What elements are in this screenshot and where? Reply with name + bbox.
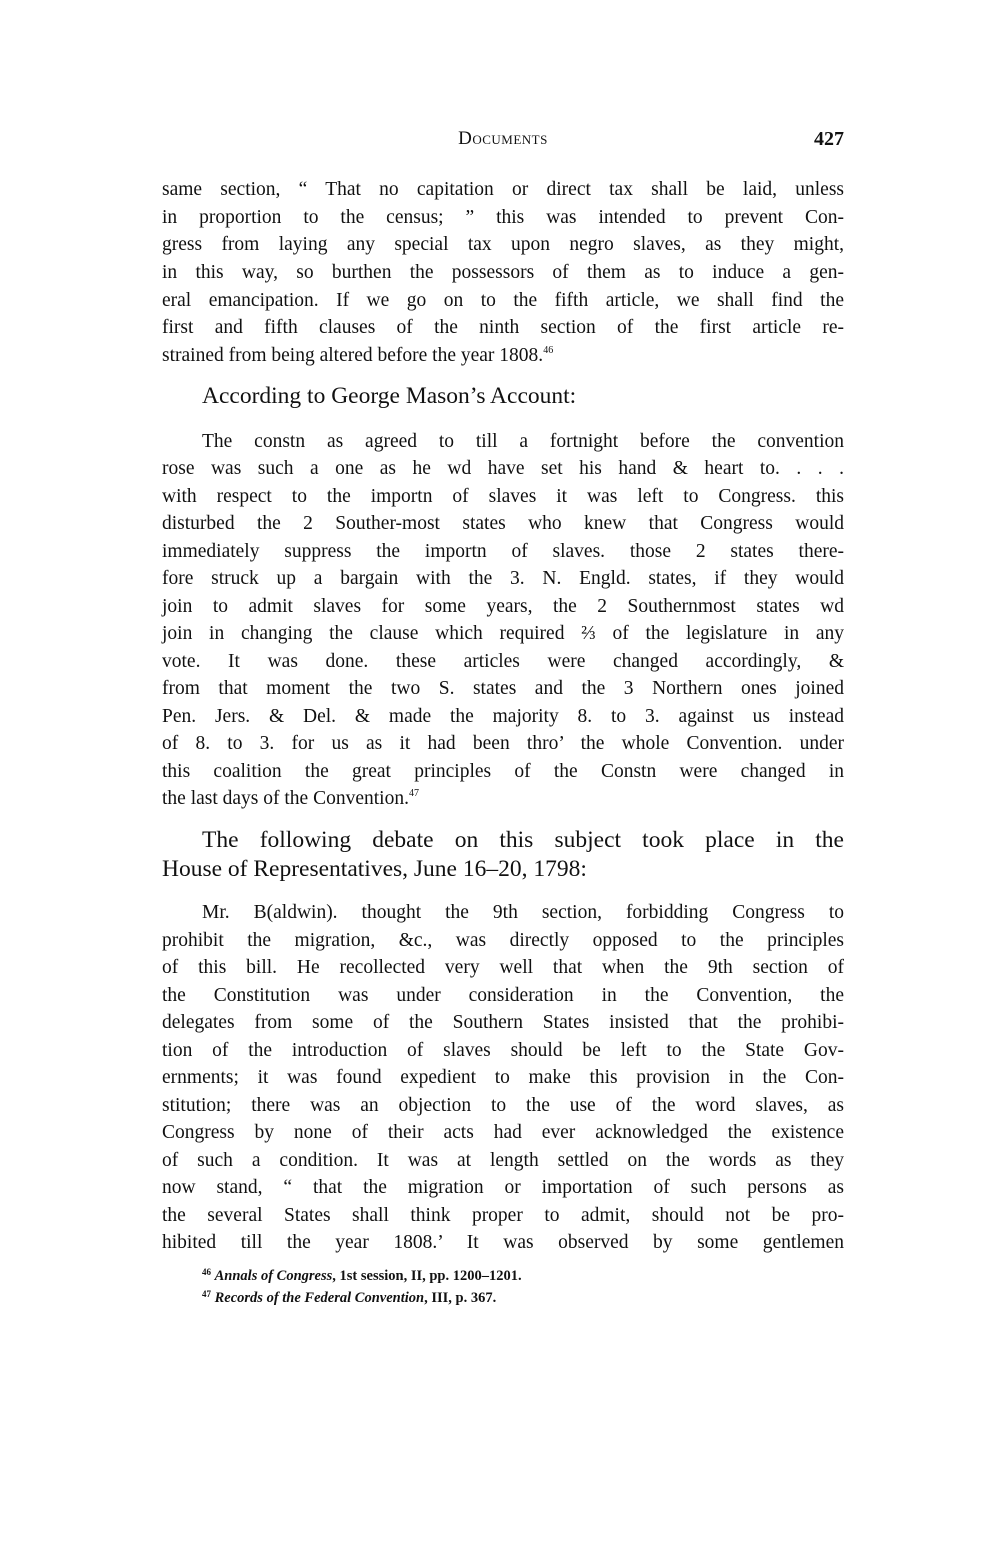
text-line: rose was such a one as he wd have set hi… (162, 455, 844, 483)
text-line: join in changing the clause which requir… (162, 620, 844, 648)
text-line: this coalition the great principles of t… (162, 758, 844, 786)
section-heading-line: The following debate on this subject too… (202, 826, 844, 854)
running-head: Documents 427 (162, 128, 844, 154)
text-line: the Constitution was under consideration… (162, 982, 844, 1010)
text-line: of 8. to 3. for us as it had been thro’ … (162, 730, 844, 758)
text-line: gress from laying any special tax upon n… (162, 231, 844, 259)
text-line: of such a condition. It was at length se… (162, 1147, 844, 1175)
text-line: Pen. Jers. & Del. & made the majority 8.… (162, 703, 844, 731)
footnote-46: 46 Annals of Congress, 1st session, II, … (202, 1268, 522, 1285)
text-line: in proportion to the census; ” this was … (162, 204, 844, 232)
section-heading-line: House of Representatives, June 16–20, 17… (162, 855, 587, 883)
footnote-source-title: Annals of Congress (215, 1268, 333, 1284)
text-line: disturbed the 2 Souther-most states who … (162, 510, 844, 538)
text-line: tion of the introduction of slaves shoul… (162, 1037, 844, 1065)
text-line: in this way, so burthen the possessors o… (162, 259, 844, 287)
text-line: Mr. B(aldwin). thought the 9th section, … (202, 899, 844, 927)
footnote-ref: 47 (409, 788, 419, 799)
footnote-ref: 46 (543, 345, 553, 356)
text-line: the several States shall think proper to… (162, 1202, 844, 1230)
text-line: the last days of the Convention.47 (162, 785, 844, 813)
footnote-47: 47 Records of the Federal Convention, II… (202, 1290, 496, 1307)
text-line: first and fifth clauses of the ninth sec… (162, 314, 844, 342)
text-line: ernments; it was found expedient to make… (162, 1064, 844, 1092)
text-line: with respect to the importn of slaves it… (162, 483, 844, 511)
text-line: same section, “ That no capitation or di… (162, 176, 844, 204)
text-line: now stand, “ that the migration or impor… (162, 1174, 844, 1202)
text-line: stitution; there was an objection to the… (162, 1092, 844, 1120)
text-line: strained from being altered before the y… (162, 342, 844, 370)
text-line: prohibit the migration, &c., was directl… (162, 927, 844, 955)
text-line: delegates from some of the Southern Stat… (162, 1009, 844, 1037)
text-line: of this bill. He recollected very well t… (162, 954, 844, 982)
running-head-title: Documents (162, 128, 844, 150)
text-line: immediately suppress the importn of slav… (162, 538, 844, 566)
text-line: vote. It was done. these articles were c… (162, 648, 844, 676)
text-line: Congress by none of their acts had ever … (162, 1119, 844, 1147)
page-number: 427 (814, 128, 844, 151)
text-line: join to admit slaves for some years, the… (162, 593, 844, 621)
text-line: from that moment the two S. states and t… (162, 675, 844, 703)
footnote-source-title: Records of the Federal Convention (215, 1290, 424, 1306)
text-line: The constn as agreed to till a fortnight… (202, 428, 844, 456)
text-line: hibited till the year 1808.’ It was obse… (162, 1229, 844, 1257)
text-line: eral emancipation. If we go on to the fi… (162, 287, 844, 315)
section-heading: According to George Mason’s Account: (202, 382, 576, 410)
text-line: fore struck up a bargain with the 3. N. … (162, 565, 844, 593)
